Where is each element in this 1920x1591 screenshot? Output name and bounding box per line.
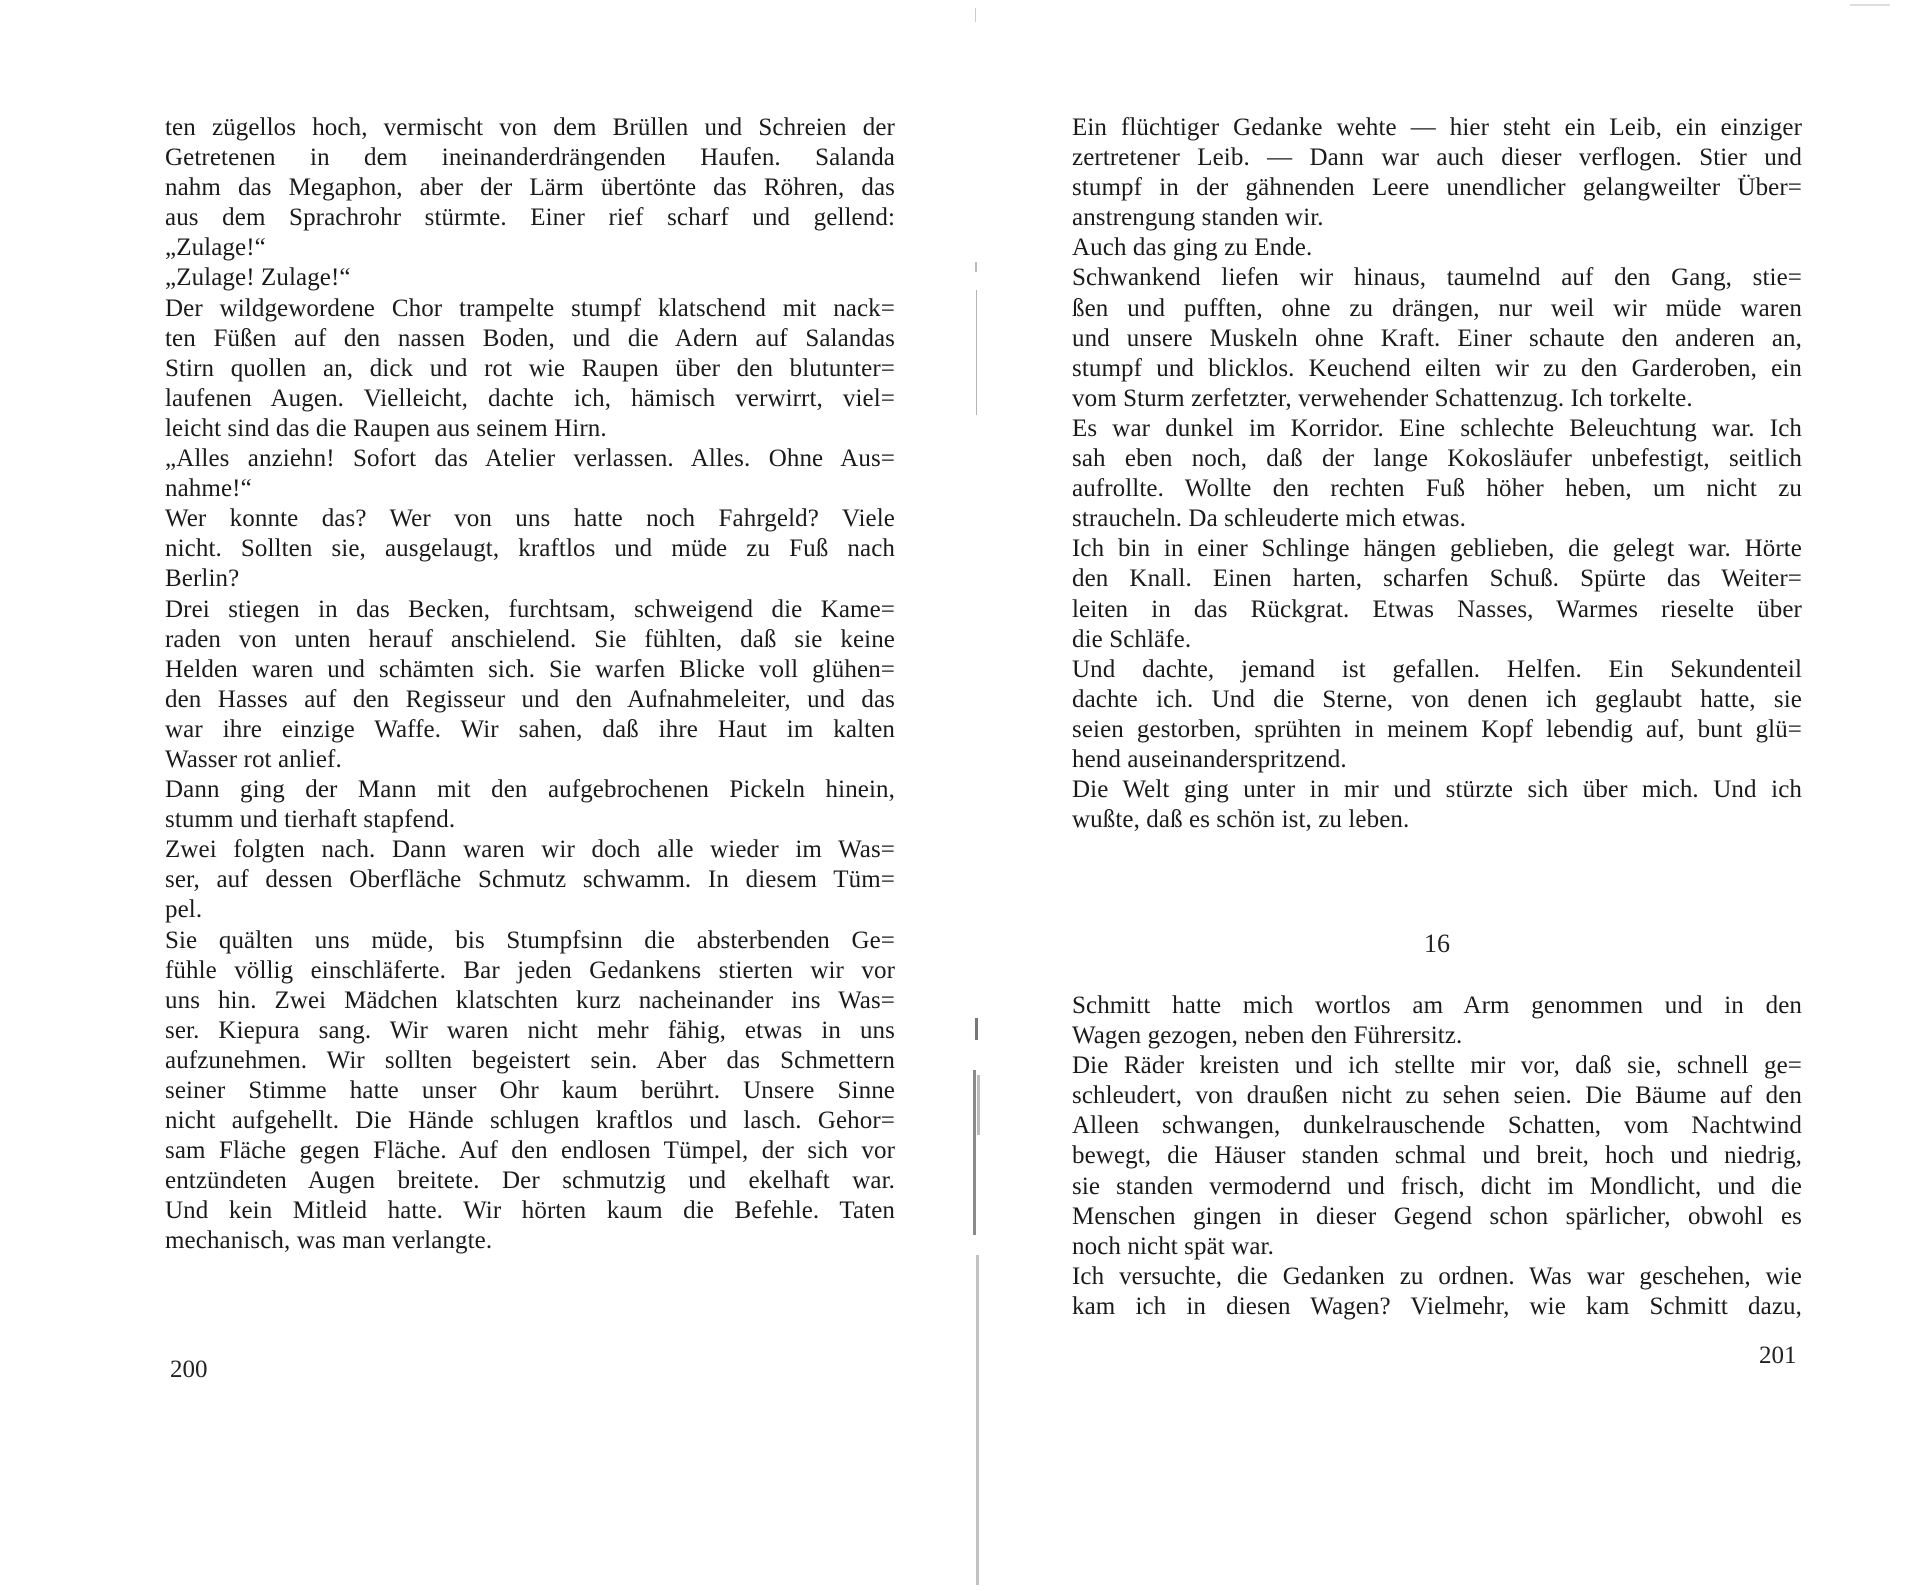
text-line: Schmitt hatte mich wortlos am Arm genomm… xyxy=(1072,991,1802,1021)
text-line: laufenen Augen. Vielleicht, dachte ich, … xyxy=(165,384,895,414)
book-spread: ten zügellos hoch, vermischt von dem Brü… xyxy=(0,0,1920,1591)
text-line: ten Füßen auf den nassen Boden, und die … xyxy=(165,324,895,354)
text-line: aufzunehmen. Wir sollten begeistert sein… xyxy=(165,1046,895,1076)
text-line: ser, auf dessen Oberfläche Schmutz schwa… xyxy=(165,865,895,895)
text-line: pel. xyxy=(165,895,895,925)
text-line: Die Räder kreisten und ich stellte mir v… xyxy=(1072,1051,1802,1081)
right-page-text-after-chapter: Schmitt hatte mich wortlos am Arm genomm… xyxy=(1072,991,1802,1322)
text-line: Wasser rot anlief. xyxy=(165,745,895,775)
text-line: Berlin? xyxy=(165,564,895,594)
text-line: sah eben noch, daß der lange Kokosläufer… xyxy=(1072,444,1802,474)
text-line: „Zulage!“ xyxy=(165,233,895,263)
text-line: stumpf und blicklos. Keuchend eilten wir… xyxy=(1072,354,1802,384)
text-line: ten zügellos hoch, vermischt von dem Brü… xyxy=(165,113,895,143)
text-line: Und kein Mitleid hatte. Wir hörten kaum … xyxy=(165,1196,895,1226)
text-line: Dann ging der Mann mit den aufgebrochene… xyxy=(165,775,895,805)
right-page: Ein flüchtiger Gedanke wehte — hier steh… xyxy=(960,0,1920,1591)
text-line: nicht aufgehellt. Die Hände schlugen kra… xyxy=(165,1106,895,1136)
text-line: sam Fläche gegen Fläche. Auf den endlose… xyxy=(165,1136,895,1166)
page-number-left: 200 xyxy=(170,1356,208,1384)
text-line: fühle völlig einschläferte. Bar jeden Ge… xyxy=(165,956,895,986)
text-line: Und dachte, jemand ist gefallen. Helfen.… xyxy=(1072,655,1802,685)
text-line: noch nicht spät war. xyxy=(1072,1232,1802,1262)
text-line: war ihre einzige Waffe. Wir sahen, daß i… xyxy=(165,715,895,745)
text-line: raden von unten herauf anschielend. Sie … xyxy=(165,625,895,655)
text-line: Ich bin in einer Schlinge hängen geblieb… xyxy=(1072,534,1802,564)
text-line: bewegt, die Häuser standen schmal und br… xyxy=(1072,1141,1802,1171)
text-line: mechanisch, was man verlangte. xyxy=(165,1226,895,1256)
text-line: aus dem Sprachrohr stürmte. Einer rief s… xyxy=(165,203,895,233)
text-line: nahm das Megaphon, aber der Lärm übertön… xyxy=(165,173,895,203)
text-line: Zwei folgten nach. Dann waren wir doch a… xyxy=(165,835,895,865)
text-line: hend auseinanderspritzend. xyxy=(1072,745,1802,775)
text-line: nicht. Sollten sie, ausgelaugt, kraftlos… xyxy=(165,534,895,564)
text-line: und unsere Muskeln ohne Kraft. Einer sch… xyxy=(1072,324,1802,354)
left-page-text: ten zügellos hoch, vermischt von dem Brü… xyxy=(165,113,895,1257)
page-number-right: 201 xyxy=(1759,1342,1797,1370)
text-line: wußte, daß es schön ist, zu leben. xyxy=(1072,805,1802,835)
text-line: Drei stiegen in das Becken, furchtsam, s… xyxy=(165,595,895,625)
text-line: den Knall. Einen harten, scharfen Schuß.… xyxy=(1072,564,1802,594)
text-line: Ich versuchte, die Gedanken zu ordnen. W… xyxy=(1072,1262,1802,1292)
text-line: vom Sturm zerfetzter, verwehender Schatt… xyxy=(1072,384,1802,414)
text-line: Menschen gingen in dieser Gegend schon s… xyxy=(1072,1202,1802,1232)
text-line: zertretener Leib. — Dann war auch dieser… xyxy=(1072,143,1802,173)
text-line: Die Welt ging unter in mir und stürzte s… xyxy=(1072,775,1802,805)
left-page: ten zügellos hoch, vermischt von dem Brü… xyxy=(0,0,960,1591)
text-line: schleudert, von draußen nicht zu sehen s… xyxy=(1072,1081,1802,1111)
text-line: den Hasses auf den Regisseur und den Auf… xyxy=(165,685,895,715)
text-line: Der wildgewordene Chor trampelte stumpf … xyxy=(165,294,895,324)
text-line: Sie quälten uns müde, bis Stumpfsinn die… xyxy=(165,926,895,956)
text-line: straucheln. Da schleuderte mich etwas. xyxy=(1072,504,1802,534)
text-line: uns hin. Zwei Mädchen klatschten kurz na… xyxy=(165,986,895,1016)
text-line: seiner Stimme hatte unser Ohr kaum berüh… xyxy=(165,1076,895,1106)
text-line: Schwankend liefen wir hinaus, taumelnd a… xyxy=(1072,263,1802,293)
text-line: Alleen schwangen, dunkelrauschende Schat… xyxy=(1072,1111,1802,1141)
text-line: ßen und pufften, ohne zu drängen, nur we… xyxy=(1072,294,1802,324)
text-line: die Schläfe. xyxy=(1072,625,1802,655)
text-line: „Zulage! Zulage!“ xyxy=(165,263,895,293)
text-line: nahme!“ xyxy=(165,474,895,504)
text-line: Stirn quollen an, dick und rot wie Raupe… xyxy=(165,354,895,384)
text-line: Wer konnte das? Wer von uns hatte noch F… xyxy=(165,504,895,534)
text-line: stumpf in der gähnenden Leere unendliche… xyxy=(1072,173,1802,203)
text-line: kam ich in diesen Wagen? Vielmehr, wie k… xyxy=(1072,1292,1802,1322)
text-line: Es war dunkel im Korridor. Eine schlecht… xyxy=(1072,414,1802,444)
text-line: Ein flüchtiger Gedanke wehte — hier steh… xyxy=(1072,113,1802,143)
text-line: „Alles anziehn! Sofort das Atelier verla… xyxy=(165,444,895,474)
text-line: Auch das ging zu Ende. xyxy=(1072,233,1802,263)
text-line: stumm und tierhaft stapfend. xyxy=(165,805,895,835)
text-line: Wagen gezogen, neben den Führersitz. xyxy=(1072,1021,1802,1051)
text-line: leiten in das Rückgrat. Etwas Nasses, Wa… xyxy=(1072,595,1802,625)
text-line: leicht sind das die Raupen aus seinem Hi… xyxy=(165,414,895,444)
right-page-text-before-chapter: Ein flüchtiger Gedanke wehte — hier steh… xyxy=(1072,113,1802,835)
text-line: Getretenen in dem ineinanderdrängenden H… xyxy=(165,143,895,173)
text-line: aufrollte. Wollte den rechten Fuß höher … xyxy=(1072,474,1802,504)
text-line: dachte ich. Und die Sterne, von denen ic… xyxy=(1072,685,1802,715)
text-line: ser. Kiepura sang. Wir waren nicht mehr … xyxy=(165,1016,895,1046)
text-line: entzündeten Augen breitete. Der schmutzi… xyxy=(165,1166,895,1196)
text-line: seien gestorben, sprühten in meinem Kopf… xyxy=(1072,715,1802,745)
text-line: Helden waren und schämten sich. Sie warf… xyxy=(165,655,895,685)
text-line: sie standen vermodernd und frisch, dicht… xyxy=(1072,1172,1802,1202)
chapter-number: 16 xyxy=(1072,929,1802,959)
text-line: anstrengung standen wir. xyxy=(1072,203,1802,233)
